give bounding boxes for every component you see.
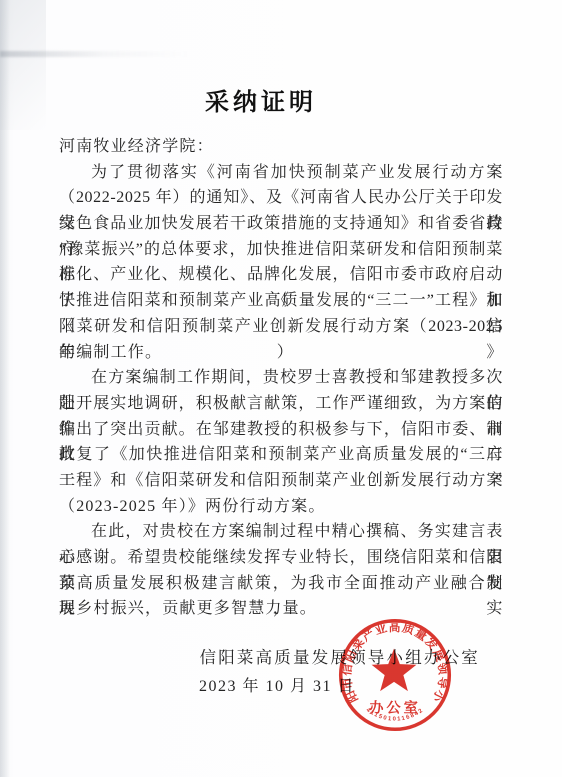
body-line: 在方案编制工作期间，贵校罗士喜教授和邹建教授多次赴信 xyxy=(59,365,503,391)
scanned-document-page: 采纳证明 河南牧业经济学院：为了贯彻落实《河南省加快预制菜产业发展行动方案（20… xyxy=(0,0,562,777)
body-line: 菜高质量发展积极建言献策，为我市全面推动产业融合发展，实 xyxy=(59,571,503,597)
body-line: 准化、产业化、规模化、品牌化发展，信阳市委市政府启动了《加 xyxy=(59,262,503,288)
body-line: 工程》和《信阳菜研发和信阳预制菜产业创新发展行动方案 xyxy=(59,468,503,494)
body-line: 批复了《加快推进信阳菜和预制菜产业高质量发展的“三二一” xyxy=(59,442,503,468)
document-title: 采纳证明 xyxy=(59,82,503,117)
scan-corner-shade xyxy=(0,0,46,130)
body-line: 快推进信阳菜和预制菜产业高质量发展的“三二一”工程》和《信 xyxy=(59,288,503,314)
scan-edge-shadow xyxy=(0,0,10,777)
body-line: （2023-2025 年）》两份行动方案。 xyxy=(59,494,503,520)
body-line: 阳菜研发和信阳预制菜产业创新发展行动方案（2023-2025 年）》 xyxy=(59,314,503,340)
signature-date: 2023 年 10 月 31 日 xyxy=(199,673,355,696)
body-line: 作出了突出贡献。在邹建教授的积极参与下，信阳市委、市政府 xyxy=(59,417,503,443)
body-line: （2022-2025 年）的通知》、及《河南省人民办公厅关于印发支持 xyxy=(59,185,503,211)
body-line: 绿色食品业加快发展若干政策措施的支持通知》和省委省政府 xyxy=(59,211,503,237)
body-line: 心感谢。希望贵校能继续发挥专业特长，围绕信阳菜和信阳预制 xyxy=(59,545,503,571)
body-lines: 河南牧业经济学院：为了贯彻落实《河南省加快预制菜产业发展行动方案（2022-20… xyxy=(59,134,503,622)
signature-office: 信阳菜高质量发展领导小组办公室 xyxy=(200,644,481,668)
seal-office-label: 办公室 xyxy=(369,698,421,716)
body-line: 阳开展实地调研，积极献言献策，工作严谨细致，为方案的编制 xyxy=(59,391,503,417)
body-line: 河南牧业经济学院： xyxy=(59,134,503,160)
seal-ring xyxy=(341,621,450,730)
seal-code-curve: 4115010116842 xyxy=(365,707,425,722)
scan-smudge-artifact xyxy=(0,51,190,57)
body-line: 为了贯彻落实《河南省加快预制菜产业发展行动方案 xyxy=(59,160,503,186)
body-line: 在此，对贵校在方案编制过程中精心撰稿、务实建言表示衷 xyxy=(59,519,503,545)
body-line: “豫菜振兴”的总体要求，加快推进信阳菜研发和信阳预制菜标 xyxy=(59,237,503,263)
